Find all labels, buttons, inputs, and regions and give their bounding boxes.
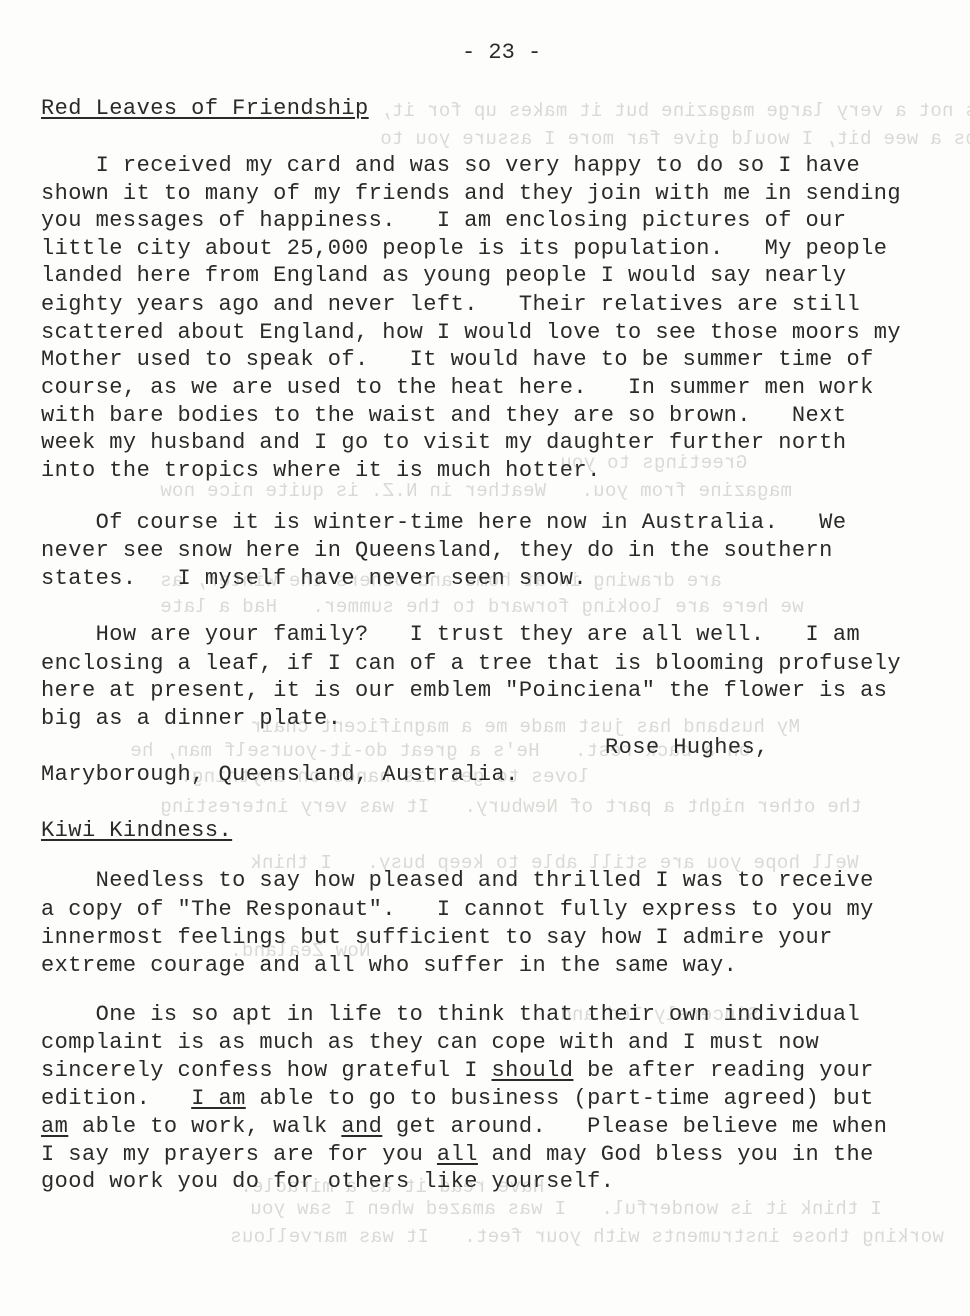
article-title: Red Leaves of Friendship: [41, 95, 369, 123]
text-run: sincerely confess how grateful I: [41, 1058, 492, 1083]
signature: Rose Hughes,: [605, 734, 769, 762]
body-line: little city about 25,000 people is its p…: [41, 235, 887, 263]
show-through-text: working those instruments with your feet…: [230, 1226, 944, 1248]
underlined-word: and: [341, 1114, 382, 1139]
body-line: week my husband and I go to visit my dau…: [41, 429, 846, 457]
document-page: This is not a very large magazine but it…: [0, 0, 970, 1316]
signature-location: Maryborough, Queensland, Australia.: [41, 761, 519, 789]
body-line: enclosing a leaf, if I can of a tree tha…: [41, 650, 901, 678]
body-line: innermost feelings but sufficient to say…: [41, 924, 833, 952]
body-line: landed here from England as young people…: [41, 262, 846, 290]
text-run: I say my prayers are for you: [41, 1142, 437, 1167]
show-through-text: perhaps a wee bit, I would give far more…: [380, 128, 970, 150]
body-line: scattered about England, how I would lov…: [41, 319, 901, 347]
body-line: Of course it is winter-time here now in …: [41, 509, 846, 537]
show-through-text: I think it is wonderful. I was amazed wh…: [250, 1198, 882, 1220]
text-run: edition.: [41, 1086, 191, 1111]
body-line: a copy of "The Responaut". I cannot full…: [41, 896, 874, 924]
show-through-text: This is not a very large magazine but it…: [380, 100, 970, 122]
text-run: get around. Please believe me when: [382, 1114, 887, 1139]
underlined-word: I am: [191, 1086, 246, 1111]
underlined-word: should: [492, 1058, 574, 1083]
body-line: I received my card and was so very happy…: [41, 152, 860, 180]
body-line: good work you do for others like yoursel…: [41, 1168, 614, 1196]
show-through-text: the other night a part of Newbury. It wa…: [160, 796, 862, 818]
body-line: One is so apt in life to think that thei…: [41, 1001, 860, 1029]
body-line: into the tropics where it is much hotter…: [41, 457, 601, 485]
body-line: you messages of happiness. I am enclosin…: [41, 207, 846, 235]
body-line: am able to work, walk and get around. Pl…: [41, 1113, 887, 1141]
show-through-text: we here are looking forward to the summe…: [160, 596, 804, 618]
underlined-word: all: [437, 1142, 478, 1167]
body-line: shown it to many of my friends and they …: [41, 180, 901, 208]
page-number: - 23 -: [462, 40, 541, 65]
body-line: I say my prayers are for you all and may…: [41, 1141, 874, 1169]
text-run: be after reading your: [573, 1058, 873, 1083]
body-line: big as a dinner plate.: [41, 705, 341, 733]
article-title: Kiwi Kindness.: [41, 817, 232, 845]
body-line: course, as we are used to the heat here.…: [41, 374, 874, 402]
body-line: complaint is as much as they can cope wi…: [41, 1029, 819, 1057]
body-line: edition. I am able to go to business (pa…: [41, 1085, 874, 1113]
body-line: How are your family? I trust they are al…: [41, 621, 860, 649]
body-line: never see snow here in Queensland, they …: [41, 537, 833, 565]
underlined-word: am: [41, 1114, 68, 1139]
body-line: Mother used to speak of. It would have t…: [41, 346, 874, 374]
body-line: eighty years ago and never left. Their r…: [41, 291, 860, 319]
text-run: and may God bless you in the: [478, 1142, 874, 1167]
body-line: with bare bodies to the waist and they a…: [41, 402, 846, 430]
body-line: sincerely confess how grateful I should …: [41, 1057, 874, 1085]
body-line: states. I myself have never seen snow.: [41, 565, 587, 593]
body-line: Needless to say how pleased and thrilled…: [41, 867, 874, 895]
text-run: able to work, walk: [68, 1114, 341, 1139]
body-line: extreme courage and all who suffer in th…: [41, 952, 737, 980]
body-line: here at present, it is our emblem "Poinc…: [41, 677, 887, 705]
text-run: able to go to business (part-time agreed…: [246, 1086, 874, 1111]
